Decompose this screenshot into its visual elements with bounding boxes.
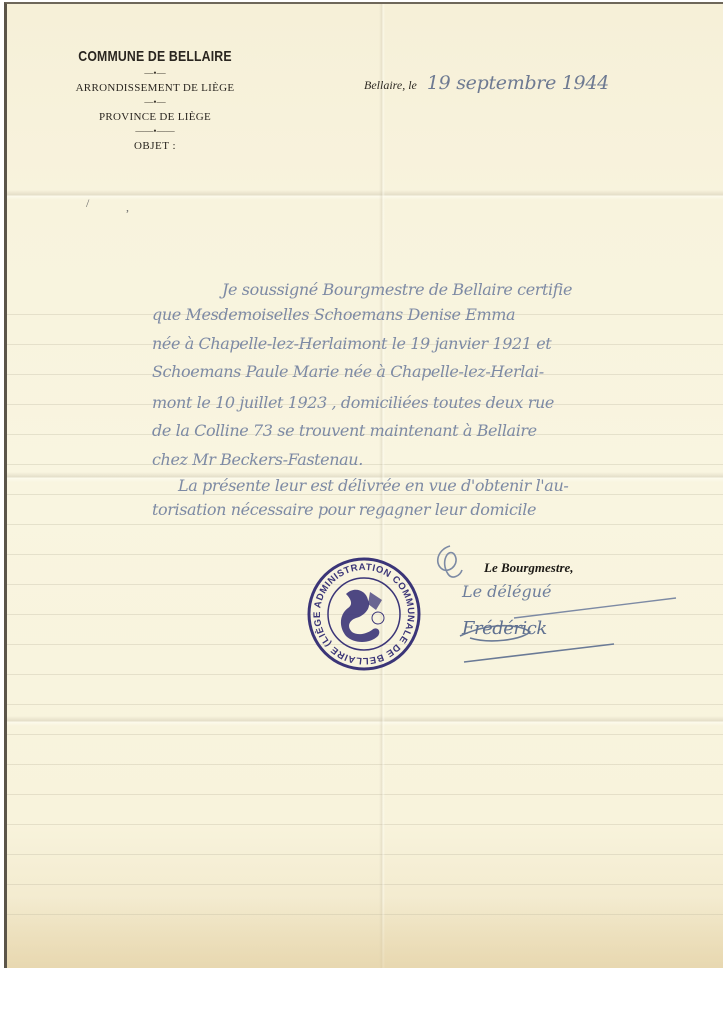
ruled-line [7, 734, 723, 735]
ruled-line [7, 524, 723, 525]
commune-name: COMMUNE DE BELLAIRE [77, 48, 233, 65]
ruled-line [7, 764, 723, 765]
separator: ——•—— [60, 126, 250, 136]
objet-label: OBJET : [60, 140, 250, 152]
body-line: Je soussigné Bourgmestre de Bellaire cer… [222, 280, 572, 299]
arrondissement: ARRONDISSEMENT DE LIÈGE [60, 82, 250, 94]
ruled-line [7, 464, 723, 465]
paper-fold [7, 716, 723, 726]
separator: —•— [60, 68, 250, 78]
letterhead: COMMUNE DE BELLAIRE —•— ARRONDISSEMENT D… [60, 48, 250, 152]
paper-fold [7, 190, 723, 200]
body-line: La présente leur est délivrée en vue d'o… [178, 476, 568, 495]
separator: —•— [60, 97, 250, 107]
ink-mark: / [86, 196, 89, 211]
ink-mark: , [126, 200, 129, 215]
body-line: Schoemans Paule Marie née à Chapelle-lez… [152, 362, 544, 381]
signatory-delegate: Le délégué [462, 582, 552, 601]
ruled-line [7, 854, 723, 855]
province: PROVINCE DE LIÈGE [60, 111, 250, 123]
body-line: torisation nécessaire pour regagner leur… [152, 500, 536, 519]
body-line: née à Chapelle-lez-Herlaimont le 19 janv… [152, 334, 551, 353]
signatory-title: Le Bourgmestre, [484, 560, 574, 576]
body-line: mont le 10 juillet 1923 , domiciliées to… [152, 393, 554, 412]
ruled-line [7, 914, 723, 915]
dateline-place: Bellaire, le [364, 78, 417, 92]
dateline-date: 19 septembre 1944 [427, 72, 609, 94]
dateline: Bellaire, le 19 septembre 1944 [364, 72, 609, 94]
ruled-line [7, 824, 723, 825]
body-line: que Mesdemoiselles Schoemans Denise Emma [152, 305, 515, 324]
ruled-line [7, 704, 723, 705]
body-line: de la Colline 73 se trouvent maintenant … [152, 421, 537, 440]
body-line: chez Mr Beckers-Fastenau. [152, 450, 363, 469]
signature: Frédérick [462, 618, 547, 639]
ruled-line [7, 794, 723, 795]
ruled-line [7, 884, 723, 885]
official-stamp-icon: ADMINISTRATION COMMUNALE DE BELLAIRE (LI… [306, 556, 422, 672]
